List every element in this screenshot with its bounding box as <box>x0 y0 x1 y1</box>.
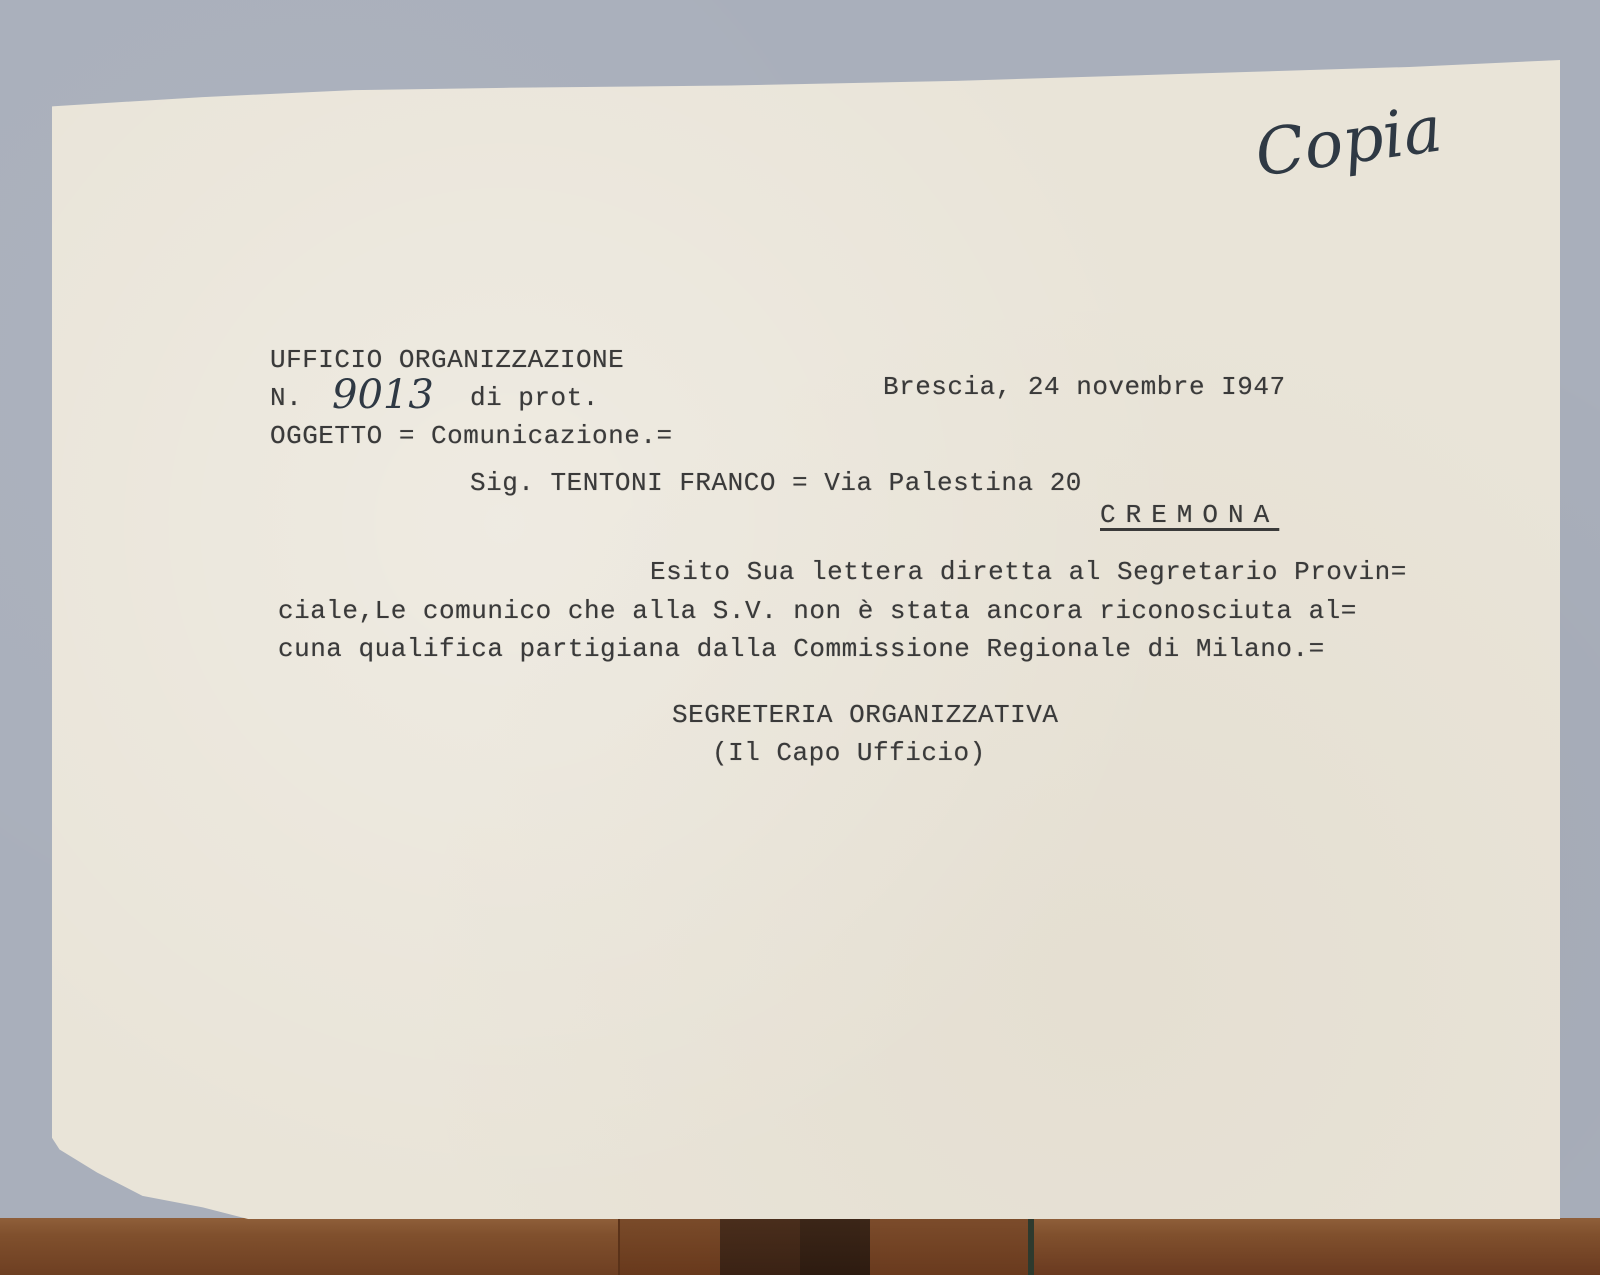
body-line-2: ciale,Le comunico che alla S.V. non è st… <box>278 596 1357 626</box>
shelf-segment <box>620 1218 720 1275</box>
shelf-segment <box>720 1218 800 1275</box>
shelf-segment <box>1034 1218 1600 1275</box>
shelf-segment <box>800 1218 870 1275</box>
shelf-segment <box>870 1218 1028 1275</box>
recipient-city: CREMONA <box>1100 500 1279 530</box>
body-line-1: Esito Sua lettera diretta al Segretario … <box>650 557 1407 587</box>
office-heading: UFFICIO ORGANIZZAZIONE <box>270 345 624 375</box>
protocol-number: 9013 <box>332 372 434 418</box>
recipient-line: Sig. TENTONI FRANCO = Via Palestina 20 <box>470 468 1082 498</box>
shelf-segment <box>0 1218 620 1275</box>
subject-line: OGGETTO = Comunicazione.= <box>270 421 673 451</box>
protocol-suffix: di prot. <box>470 383 599 413</box>
body-line-3: cuna qualifica partigiana dalla Commissi… <box>278 634 1325 664</box>
place-date: Brescia, 24 novembre I947 <box>883 372 1286 402</box>
signature-title: (Il Capo Ufficio) <box>712 738 986 768</box>
signature-office: SEGRETERIA ORGANIZZATIVA <box>672 700 1058 730</box>
protocol-prefix: N. <box>270 383 302 413</box>
